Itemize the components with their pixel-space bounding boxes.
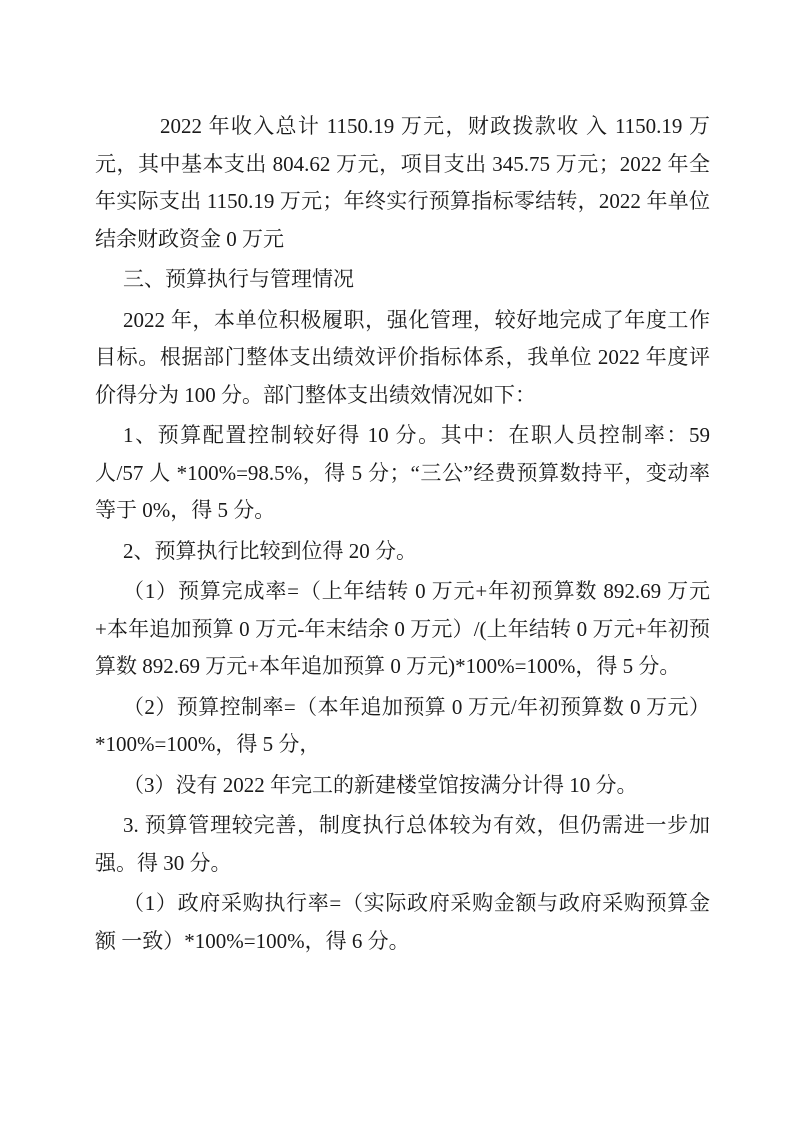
document-page: 2022 年收入总计 1150.19 万元，财政拨款收 入 1150.19 万元… xyxy=(0,0,793,1122)
paragraph-item3-1-procurement-execution-rate: （1）政府采购执行率=（实际政府采购金额与政府采购预算金额 一致）*100%=1… xyxy=(95,885,710,960)
paragraph-item2-budget-execution: 2、预算执行比较到位得 20 分。 xyxy=(95,533,710,571)
paragraph-performance-overview: 2022 年，本单位积极履职，强化管理，较好地完成了年度工作目标。根据部门整体支… xyxy=(95,302,710,415)
paragraph-item2-1-budget-completion-rate: （1）预算完成率=（上年结转 0 万元+年初预算数 892.69 万元+本年追加… xyxy=(95,573,710,686)
paragraph-item2-3-new-building-full-score: （3）没有 2022 年完工的新建楼堂馆按满分计得 10 分。 xyxy=(95,767,710,805)
paragraph-item3-budget-management: 3. 预算管理较完善，制度执行总体较为有效，但仍需进一步加强。得 30 分。 xyxy=(95,807,710,882)
paragraph-item1-budget-allocation-control: 1、预算配置控制较好得 10 分。其中：在职人员控制率：59 人/57 人 *1… xyxy=(95,417,710,530)
paragraph-item2-2-budget-control-rate: （2）预算控制率=（本年追加预算 0 万元/年初预算数 0 万元）*100%=1… xyxy=(95,689,710,764)
heading-budget-execution-and-management: 三、预算执行与管理情况 xyxy=(95,261,710,299)
paragraph-2022-income-expenditure-summary: 2022 年收入总计 1150.19 万元，财政拨款收 入 1150.19 万元… xyxy=(95,108,710,258)
